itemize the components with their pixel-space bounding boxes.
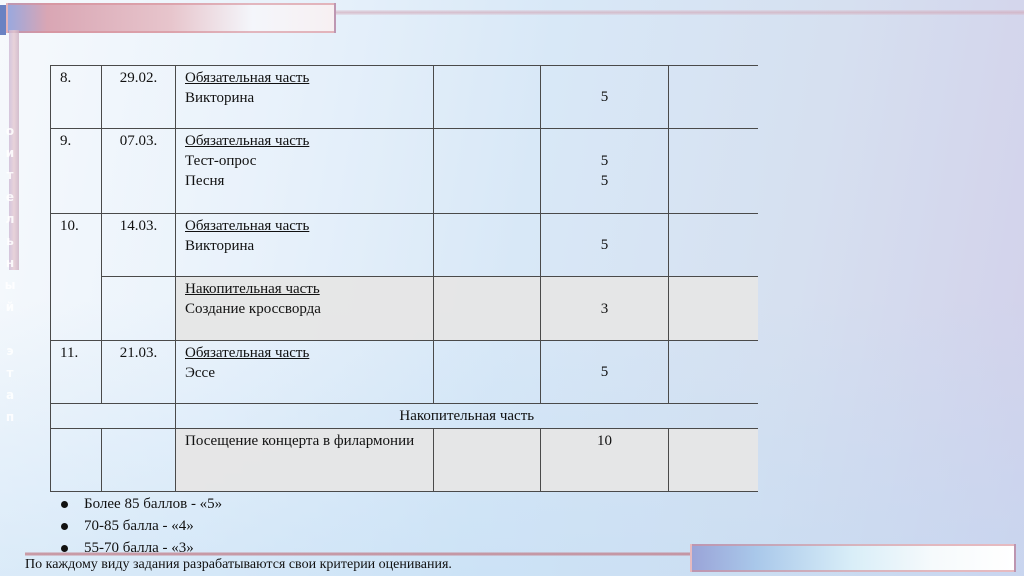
table-row: 11. 21.03. Обязательная часть Эссе 5 (51, 341, 758, 404)
extra-cell (669, 66, 758, 129)
task-name: Викторина (185, 236, 424, 256)
row-date: 29.02. (102, 66, 176, 129)
criteria-item: 70-85 балла - «4» (60, 515, 222, 537)
row-date: 07.03. (102, 129, 176, 214)
task-name: Создание кроссворда (185, 299, 424, 319)
score-cell: 5 5 (541, 129, 669, 214)
task-name: Песня (185, 171, 424, 191)
letter: о (2, 120, 18, 142)
score-value: 5 (550, 362, 659, 382)
task-cell: Обязательная часть Тест-опрос Песня (176, 129, 434, 214)
section-header-row: Накопительная часть (51, 404, 758, 429)
score-value: 3 (550, 299, 659, 319)
footer-note: По каждому виду задания разрабатываются … (25, 556, 452, 574)
score-value: 5 (550, 87, 659, 107)
table-row: 8. 29.02. Обязательная часть Викторина 5 (51, 66, 758, 129)
grades-table: 8. 29.02. Обязательная часть Викторина 5… (50, 65, 758, 492)
blank-cell (434, 129, 541, 214)
letter: п (2, 406, 18, 428)
letter: э (2, 340, 18, 362)
score-value: 5 (550, 235, 659, 255)
letter-gap (2, 318, 18, 340)
score-value: 10 (541, 429, 669, 492)
extra-cell (669, 341, 758, 404)
criteria-item: Более 85 баллов - «5» (60, 493, 222, 515)
letter: н (2, 252, 18, 274)
grading-criteria-list: Более 85 баллов - «5» 70-85 балла - «4» … (60, 493, 222, 559)
task-name: Эссе (185, 363, 424, 383)
task-name: Посещение концерта в филармонии (176, 429, 434, 492)
bottom-decor-bar (690, 544, 1016, 572)
table-row: Посещение концерта в филармонии 10 (51, 429, 758, 492)
letter: л (2, 208, 18, 230)
row-date: 14.03. (102, 214, 176, 277)
letter: т (2, 362, 18, 384)
blank-cell (434, 341, 541, 404)
score-value: 5 (550, 151, 659, 171)
letter: т (2, 164, 18, 186)
part-label: Обязательная часть (185, 216, 424, 236)
letter: й (2, 296, 18, 318)
score-value: 5 (550, 171, 659, 191)
row-date (102, 277, 176, 341)
top-decor-line (336, 10, 1024, 15)
score-cell: 5 (541, 66, 669, 129)
letter: е (2, 186, 18, 208)
extra-cell (669, 129, 758, 214)
row-number: 8. (51, 66, 102, 129)
top-decor-bar (6, 3, 336, 33)
task-cell: Обязательная часть Викторина (176, 214, 434, 277)
blank-cell (434, 429, 541, 492)
letter: а (2, 384, 18, 406)
blank-cell (434, 66, 541, 129)
task-cell: Обязательная часть Викторина (176, 66, 434, 129)
table-row: 10. 14.03. Обязательная часть Викторина … (51, 214, 758, 277)
vertical-decor-text: о и т е л ь н ы й э т а п (2, 120, 18, 428)
extra-cell (669, 214, 758, 277)
letter: ы (2, 274, 18, 296)
extra-cell (669, 429, 758, 492)
part-label: Обязательная часть (185, 68, 424, 88)
table-row: Накопительная часть Создание кроссворда … (51, 277, 758, 341)
section-blank-cell (51, 404, 176, 429)
row-date (102, 429, 176, 492)
part-label: Накопительная часть (185, 279, 424, 299)
left-decor-tab (0, 5, 6, 35)
row-number: 9. (51, 129, 102, 214)
task-cell: Обязательная часть Эссе (176, 341, 434, 404)
row-number: 10. (51, 214, 102, 341)
task-name: Тест-опрос (185, 151, 424, 171)
score-cell: 3 (541, 277, 669, 341)
blank-cell (434, 214, 541, 277)
table-row: 9. 07.03. Обязательная часть Тест-опрос … (51, 129, 758, 214)
row-number (51, 429, 102, 492)
task-name: Викторина (185, 88, 424, 108)
extra-cell (669, 277, 758, 341)
letter: ь (2, 230, 18, 252)
part-label: Обязательная часть (185, 131, 424, 151)
letter: и (2, 142, 18, 164)
row-number: 11. (51, 341, 102, 404)
score-cell: 5 (541, 214, 669, 277)
blank-cell (434, 277, 541, 341)
score-cell: 5 (541, 341, 669, 404)
task-cell: Накопительная часть Создание кроссворда (176, 277, 434, 341)
part-label: Обязательная часть (185, 343, 424, 363)
section-title: Накопительная часть (176, 404, 758, 429)
row-date: 21.03. (102, 341, 176, 404)
